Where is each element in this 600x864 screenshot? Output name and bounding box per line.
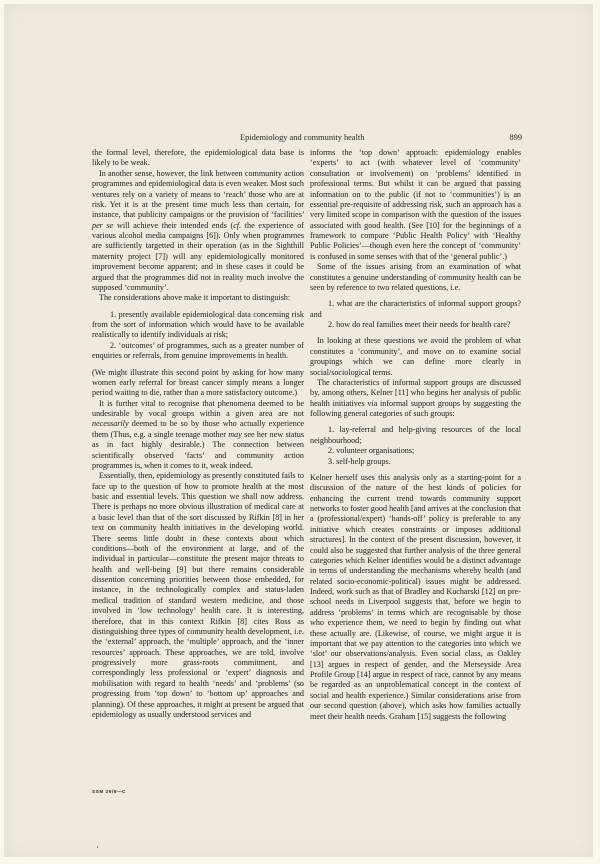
list-item: 2. how do real families meet their needs…	[310, 320, 521, 330]
printer-signature-code: SSM 29/8—C	[92, 789, 126, 794]
left-column: the formal level, therefore, the epidemi…	[92, 148, 304, 720]
right-column: informs the ‘top down’ approach: epidemi…	[310, 148, 521, 722]
list-item: 1. presently available epidemiological d…	[92, 310, 304, 341]
scan-speck	[97, 846, 98, 848]
running-header: Epidemiology and community health 899	[92, 133, 522, 145]
paragraph: The considerations above make it importa…	[92, 293, 304, 303]
list-item: 1. lay-referral and help-giving resource…	[310, 425, 521, 446]
paragraph: the formal level, therefore, the epidemi…	[92, 148, 304, 169]
journal-running-title: Epidemiology and community health	[240, 133, 364, 142]
paragraph: It is further vital to recognise that ph…	[92, 399, 304, 472]
paragraph: Some of the issues arising from an exami…	[310, 262, 521, 293]
page-number: 899	[509, 133, 522, 142]
list-item: 2. volunteer organisations;	[310, 446, 521, 456]
paragraph: informs the ‘top down’ approach: epidemi…	[310, 148, 521, 262]
paragraph: (We might illustrate this second point b…	[92, 368, 304, 399]
list-item: 2. ‘outcomes’ of programmes, such as a g…	[92, 341, 304, 362]
numbered-list: 1. presently available epidemiological d…	[92, 310, 304, 362]
list-item: 3. self-help groups.	[310, 457, 521, 467]
question-list: 1. what are the characteristics of infor…	[310, 299, 521, 330]
paragraph: In another sense, however, the link betw…	[92, 169, 304, 294]
paragraph: The characteristics of informal support …	[310, 378, 521, 420]
paragraph: Kelner herself uses this analysis only a…	[310, 473, 521, 722]
category-list: 1. lay-referral and help-giving resource…	[310, 425, 521, 467]
paragraph: Essentially, then, epidemiology as prese…	[92, 471, 304, 720]
list-item: 1. what are the characteristics of infor…	[310, 299, 521, 320]
paragraph: In looking at these questions we avoid t…	[310, 336, 521, 378]
scanned-page: Epidemiology and community health 899 th…	[4, 4, 593, 857]
